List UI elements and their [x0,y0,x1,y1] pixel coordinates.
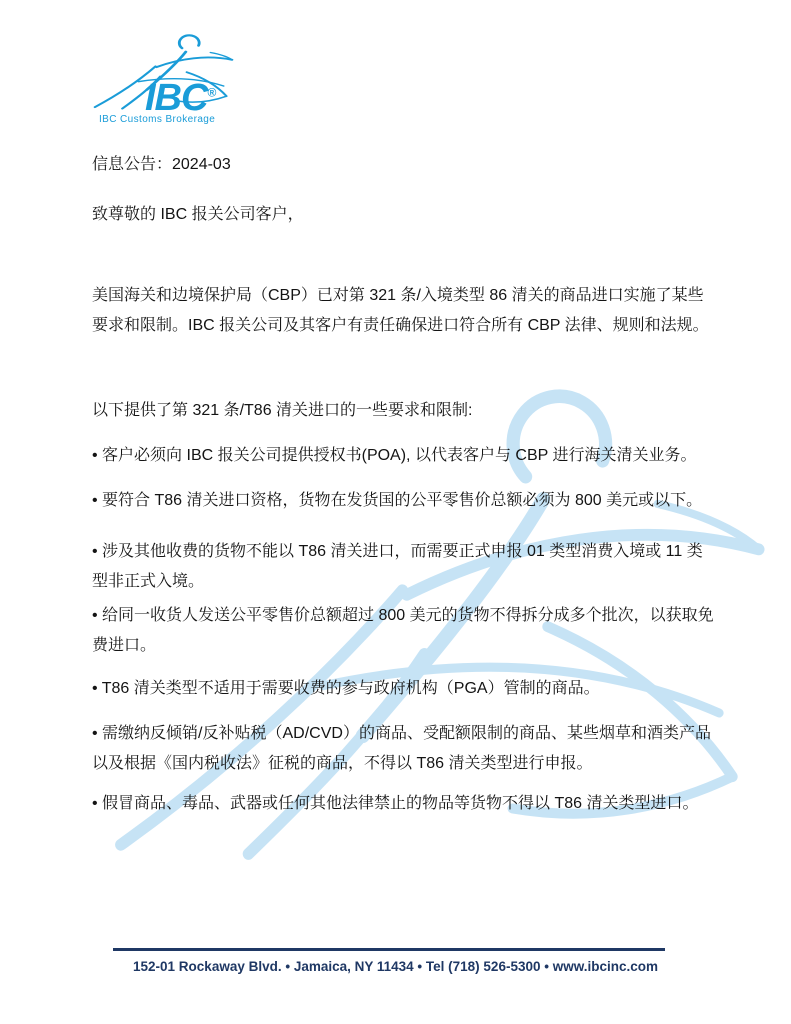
bullet-item: • 涉及其他收费的货物不能以 T86 清关进口，而需要正式申报 01 类型消费入… [92,537,714,597]
logo-wordmark: IBC® [145,79,216,117]
footer-divider [113,948,665,951]
bullet-item: • T86 清关类型不适用于需要收费的参与政府机构（PGA）管制的商品。 [92,674,714,704]
bullet-item: • 需缴纳反倾销/反补贴税（AD/CVD）的商品、受配额限制的商品、某些烟草和酒… [92,719,714,779]
footer-contact: 152-01 Rockaway Blvd. • Jamaica, NY 1143… [0,959,791,974]
logo-tagline: IBC Customs Brokerage [99,114,215,125]
intro-paragraph: 美国海关和边境保护局（CBP）已对第 321 条/入境类型 86 清关的商品进口… [92,281,714,341]
bullet-item: • 客户必须向 IBC 报关公司提供授权书(POA), 以代表客户与 CBP 进… [92,441,714,471]
bullet-item: • 给同一收货人发送公平零售价总额超过 800 美元的货物不得拆分成多个批次，以… [92,601,714,661]
list-heading: 以下提供了第 321 条/T86 清关进口的一些要求和限制: [92,396,714,426]
document-page: IBC® IBC Customs Brokerage 信息公告：2024-03 … [0,0,791,1024]
bullet-item: • 要符合 T86 清关进口资格，货物在发货国的公平零售价总额必须为 800 美… [92,486,714,516]
bullet-item: • 假冒商品、毒品、武器或任何其他法律禁止的物品等货物不得以 T86 清关类型进… [92,789,714,819]
salutation: 致尊敬的 IBC 报关公司客户， [92,200,714,230]
notice-number: 信息公告：2024-03 [92,150,714,180]
logo-brand-text: IBC [145,77,207,119]
registered-mark: ® [207,85,216,99]
